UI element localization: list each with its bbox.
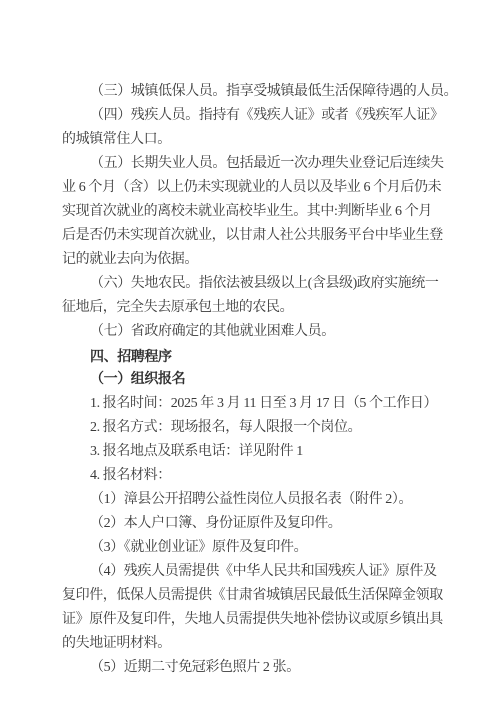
document-line: （3）《就业创业证》原件及复印件。 xyxy=(62,536,444,560)
document-line: （1）漳县公开招聘公益性岗位人员报名表（附件 2）。 xyxy=(62,488,444,512)
document-line: 复印件，低保人员需提供《甘肃省城镇居民最低生活保障金领取 xyxy=(62,584,444,608)
document-line: 的失地证明材料。 xyxy=(62,632,444,656)
document-line: （2）本人户口簿、身份证原件及复印件。 xyxy=(62,512,444,536)
document-line: 2. 报名方式：现场报名，每人限报一个岗位。 xyxy=(62,416,444,440)
document-line: 征地后，完全失去原承包土地的农民。 xyxy=(62,296,444,320)
document-line: 实现首次就业的离校未就业高校毕业生。其中:判断毕业 6 个月 xyxy=(62,200,444,224)
document-line: 业 6 个月（含）以上仍未实现就业的人员以及毕业 6 个月后仍未 xyxy=(62,176,444,200)
document-line: （四）残疾人员。指持有《残疾人证》或者《残疾军人证》 xyxy=(62,104,444,128)
section-heading: 四、招聘程序 xyxy=(62,344,444,368)
document-line: （4）残疾人员需提供《中华人民共和国残疾人证》原件及 xyxy=(62,560,444,584)
document-line: （七）省政府确定的其他就业困难人员。 xyxy=(62,320,444,344)
document-line: 1. 报名时间：2025 年 3 月 11 日至 3 月 17 日（5 个工作日… xyxy=(62,392,444,416)
document-line: （五）长期失业人员。包括最近一次办理失业登记后连续失 xyxy=(62,152,444,176)
document-line: （5）近期二寸免冠彩色照片 2 张。 xyxy=(62,656,444,680)
document-line: 记的就业去向为依据。 xyxy=(62,248,444,272)
document-line: 证》原件及复印件，失地人员需提供失地补偿协议或原乡镇出具 xyxy=(62,608,444,632)
subsection-heading: （一）组织报名 xyxy=(62,368,444,392)
document-line: 的城镇常住人口。 xyxy=(62,128,444,152)
document-line: 3. 报名地点及联系电话：详见附件 1 xyxy=(62,440,444,464)
document-page: （三）城镇低保人员。指享受城镇最低生活保障待遇的人员。 （四）残疾人员。指持有《… xyxy=(0,0,500,707)
document-line: 后是否仍未实现首次就业，以甘肃人社公共服务平台中毕业生登 xyxy=(62,224,444,248)
document-body: （三）城镇低保人员。指享受城镇最低生活保障待遇的人员。 （四）残疾人员。指持有《… xyxy=(62,80,444,680)
document-line: 4. 报名材料： xyxy=(62,464,444,488)
document-line: （三）城镇低保人员。指享受城镇最低生活保障待遇的人员。 xyxy=(62,80,444,104)
document-line: （六）失地农民。指依法被县级以上(含县级)政府实施统一 xyxy=(62,272,444,296)
